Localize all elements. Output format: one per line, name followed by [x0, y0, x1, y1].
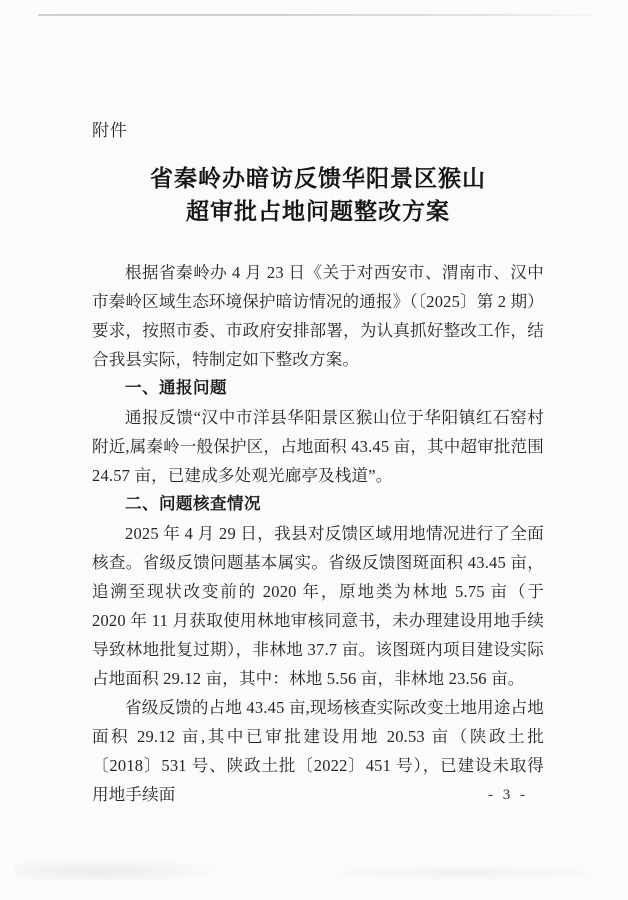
section-heading-2: 二、问题核查情况 — [92, 490, 544, 519]
paragraph-report-feedback: 通报反馈“汉中市洋县华阳景区猴山位于华阳镇红石窑村附近,属秦岭一般保护区，占地面… — [92, 403, 544, 490]
paragraph-intro: 根据省秦岭办 4 月 23 日《关于对西安市、渭南市、汉中市秦岭区域生态环境保护… — [92, 258, 544, 374]
document-title-line1: 省秦岭办暗访反馈华阳景区猴山 — [92, 162, 544, 195]
scan-smudge — [320, 866, 610, 880]
page-number: - 3 - — [488, 787, 528, 804]
document-title-line2: 超审批占地问题整改方案 — [92, 195, 544, 228]
section-heading-1: 一、通报问题 — [92, 374, 544, 403]
document-page: 附件 省秦岭办暗访反馈华阳景区猴山 超审批占地问题整改方案 根据省秦岭办 4 月… — [0, 0, 628, 900]
paragraph-land-use: 省级反馈的占地 43.45 亩,现场核查实际改变土地用途占地面积 29.12 亩… — [92, 693, 544, 809]
scan-smudge — [15, 858, 225, 880]
attachment-label: 附件 — [92, 122, 544, 140]
paragraph-verification: 2025 年 4 月 29 日，我县对反馈区域用地情况进行了全面核查。省级反馈问… — [92, 519, 544, 693]
document-title: 省秦岭办暗访反馈华阳景区猴山 超审批占地问题整改方案 — [92, 162, 544, 228]
document-body: 根据省秦岭办 4 月 23 日《关于对西安市、渭南市、汉中市秦岭区域生态环境保护… — [92, 258, 544, 809]
document-content: 附件 省秦岭办暗访反馈华阳景区猴山 超审批占地问题整改方案 根据省秦岭办 4 月… — [92, 122, 544, 809]
scan-artifact-line — [38, 14, 594, 16]
